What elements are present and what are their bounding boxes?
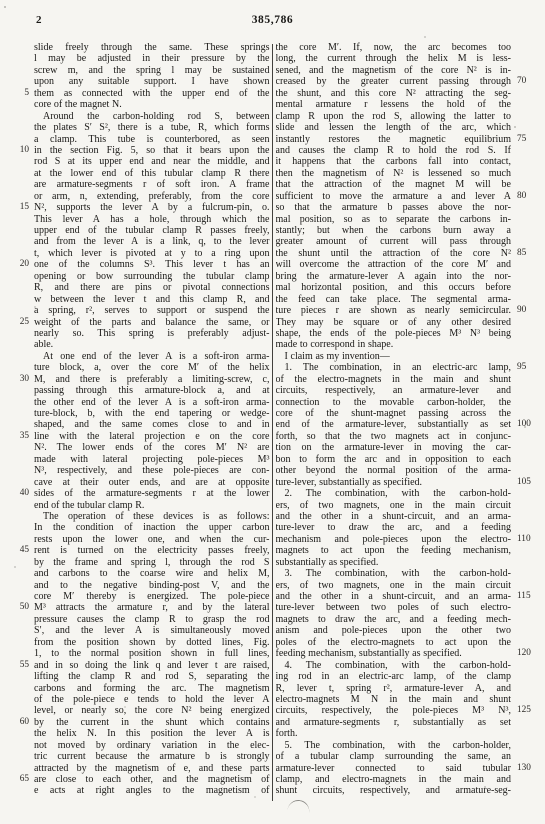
text-line: the feed can take place. The segmental a… <box>276 294 534 305</box>
line-text: poles of the electro-magnets to act upon… <box>276 637 512 648</box>
line-number <box>14 751 34 762</box>
line-number <box>14 728 34 739</box>
line-text: t, which lever is pivoted at y to a ring… <box>34 248 270 259</box>
line-text: of a tubular clamp surrounding the same,… <box>276 751 512 762</box>
text-line: of the pole-piece e tends to hold the le… <box>14 694 270 705</box>
line-text: 2. The combination, with the carbon-hold… <box>276 488 512 499</box>
line-text: In the condition of inaction the upper c… <box>34 522 270 533</box>
line-text: other beyond the normal position of the … <box>276 465 512 476</box>
line-text: core of the magnet N. <box>34 99 270 110</box>
line-text: and from the lever A is a link, q, to th… <box>34 236 270 247</box>
line-text: shape, the ends of the pole-pieces M³ N³… <box>276 328 512 339</box>
line-text: end of the armature-lever, substantially… <box>276 419 512 430</box>
text-line: and armature-segments r, substantially a… <box>276 717 534 728</box>
text-line: the helix N. In this position the lever … <box>14 728 270 739</box>
patent-page: 2 385,786 slide freely through the same.… <box>0 0 545 824</box>
text-line: long, the current through the helix M is… <box>276 53 534 64</box>
text-line: the shunt until the attraction of the co… <box>276 248 534 259</box>
line-text: M³ attracts the armature r, and by the l… <box>34 602 270 613</box>
line-number: 60 <box>14 717 34 728</box>
text-line: mal horizontal position, and this occurs… <box>276 282 534 293</box>
line-text: N³, respectively, and these pole-pieces … <box>34 465 270 476</box>
line-text: made to correspond in shape. <box>276 339 512 350</box>
text-line: 4. The combination, with the carbon-hold… <box>276 660 534 671</box>
line-number <box>14 637 34 648</box>
line-text: bring the armature-lever A again into th… <box>276 271 512 282</box>
line-number: 45 <box>14 545 34 556</box>
line-number <box>511 397 533 408</box>
line-text: and armature-segments r, substantially a… <box>276 717 512 728</box>
text-line: N³, respectively, and these pole-pieces … <box>14 465 270 476</box>
line-text: the plates S′ S², there is a tube, R, wh… <box>34 122 270 133</box>
scan-speckles <box>4 6 6 8</box>
line-text: not moved by ordinary variation in the e… <box>34 740 270 751</box>
text-line: poles of the electro-magnets to act upon… <box>276 637 534 648</box>
line-number <box>511 328 533 339</box>
line-text: l may be adjusted in their pressure by t… <box>34 53 270 64</box>
line-number <box>14 236 34 247</box>
line-number <box>511 557 533 568</box>
line-number <box>14 511 34 522</box>
line-text: upon any suitable support. I have shown <box>34 76 270 87</box>
line-text: 3. The combination, with the carbon-hold… <box>276 568 512 579</box>
line-number <box>511 614 533 625</box>
text-line: circuits, respectively, the pole-pieces … <box>276 705 534 716</box>
text-line: ture-lever to draw the arc, and a feedin… <box>276 522 534 533</box>
text-line: so that the armature b passes above the … <box>276 202 534 213</box>
line-number <box>511 431 533 442</box>
text-line: and to the negative binding-post V, and … <box>14 580 270 591</box>
line-number <box>511 488 533 499</box>
column-divider <box>272 44 273 801</box>
line-text: ture-lever between two poles of such ele… <box>276 602 512 613</box>
line-number <box>511 580 533 591</box>
line-number <box>511 694 533 705</box>
line-text: long, the current through the helix M is… <box>276 53 512 64</box>
line-text: ture-block, b, with the end tapering or … <box>34 408 270 419</box>
line-text: core M′ thereby is energized. The pole-p… <box>34 591 270 602</box>
text-line: clamp R upon the rod S, allowing the lat… <box>276 111 534 122</box>
text-line: core M′ thereby is energized. The pole-p… <box>14 591 270 602</box>
line-number <box>14 168 34 179</box>
line-number <box>14 179 34 190</box>
line-text: the helix N. In this position the lever … <box>34 728 270 739</box>
text-line: or arm, n, extending, preferably, from t… <box>14 191 270 202</box>
text-line: 2. The combination, with the carbon-hold… <box>276 488 534 499</box>
line-text: They may be square or of any other desir… <box>276 317 512 328</box>
text-line: 55and in so doing the link q and lever t… <box>14 660 270 671</box>
text-line: ers, of two magnets, one in the main cir… <box>276 500 534 511</box>
line-text: of the electro-magnets in the main and s… <box>276 374 512 385</box>
line-number <box>14 214 34 225</box>
line-number <box>511 568 533 579</box>
line-number <box>511 294 533 305</box>
line-number <box>511 465 533 476</box>
text-line: and the other in a shunt-circuit, and an… <box>276 591 534 602</box>
line-number: 85 <box>511 248 533 259</box>
line-text: creased by the greater current passing t… <box>276 76 512 87</box>
text-line: the shunt, and this core N² attracting t… <box>276 88 534 99</box>
line-number <box>14 294 34 305</box>
text-line: armature-lever connected to said tubular… <box>276 763 534 774</box>
line-text: and in so doing the link q and lever t a… <box>34 660 270 671</box>
line-text: carbons and forming the arc. The magneti… <box>34 683 270 694</box>
text-line: 5. The combination, with the carbon-hold… <box>276 740 534 751</box>
line-number <box>511 168 533 179</box>
line-number <box>511 259 533 270</box>
line-number <box>14 156 34 167</box>
text-line: bon to form the arc and in opposition to… <box>276 454 534 465</box>
line-number <box>511 774 533 785</box>
line-text: are armature-segments r of soft iron. A … <box>34 179 270 190</box>
line-text: of the pole-piece e tends to hold the le… <box>34 694 270 705</box>
text-line: 60by the current in the shunt which cont… <box>14 717 270 728</box>
line-number <box>14 785 34 796</box>
line-number <box>14 53 34 64</box>
line-text: mal position, so as to separate the carb… <box>276 214 512 225</box>
line-number <box>14 522 34 533</box>
text-line: In the condition of inaction the upper c… <box>14 522 270 533</box>
line-number: 65 <box>14 774 34 785</box>
line-text: ture-lever, substantially as specified. <box>276 477 512 488</box>
line-text: magnets to draw the arc, and a feeding m… <box>276 614 512 625</box>
line-number <box>14 282 34 293</box>
line-number: 100 <box>511 419 533 430</box>
line-number <box>511 214 533 225</box>
line-number: 70 <box>511 76 533 87</box>
text-line: and from the lever A is a link, q, to th… <box>14 236 270 247</box>
line-text: ture pieces r are shown as nearly semici… <box>276 305 512 316</box>
line-text: or arm, n, extending, preferably, from t… <box>34 191 270 202</box>
line-text: them as connected with the upper end of … <box>34 88 270 99</box>
line-number <box>14 534 34 545</box>
line-text: ers, of two magnets, one in the main cir… <box>276 500 512 511</box>
line-number <box>14 362 34 373</box>
line-number <box>511 728 533 739</box>
line-number: 115 <box>511 591 533 602</box>
line-number <box>14 442 34 453</box>
line-text: that the attraction of the magnet M will… <box>276 179 512 190</box>
text-line: magnets to draw the arc, and a feeding m… <box>276 614 534 625</box>
line-text: ture block, a, over the core M′ of the h… <box>34 362 270 373</box>
text-line: lifting the clamp R and rod S, separatin… <box>14 671 270 682</box>
text-line: bring the armature-lever A again into th… <box>276 271 534 282</box>
line-number <box>14 122 34 133</box>
text-line: They may be square or of any other desir… <box>276 317 534 328</box>
text-line: forth. <box>276 728 534 739</box>
line-number <box>511 351 533 362</box>
line-number <box>14 671 34 682</box>
line-number <box>511 602 533 613</box>
line-number <box>511 99 533 110</box>
line-text: sened, and the magnetism of the core N² … <box>276 65 512 76</box>
text-line: not moved by ordinary variation in the e… <box>14 740 270 751</box>
text-line: mal position, so as to separate the carb… <box>276 214 534 225</box>
text-line: the core M′. If, now, the arc becomes to… <box>276 42 534 53</box>
line-number: 125 <box>511 705 533 716</box>
line-number <box>511 717 533 728</box>
line-text: mal horizontal position, and this occurs… <box>276 282 512 293</box>
line-number: 20 <box>14 259 34 270</box>
line-number <box>14 477 34 488</box>
text-line: 15N², supports the lever A by a fulcrum-… <box>14 202 270 213</box>
line-text: and causes the clamp R to hold the rod S… <box>276 145 512 156</box>
line-text: clamp R upon the rod S, allowing the lat… <box>276 111 512 122</box>
text-line: of the electro-magnets in the main and s… <box>276 374 534 385</box>
line-number <box>14 65 34 76</box>
line-text: M, and there is preferably a limiting-sc… <box>34 374 270 385</box>
line-number: 15 <box>14 202 34 213</box>
text-line: slide freely through the same. These spr… <box>14 42 270 53</box>
line-text: attracted by the magnetism of e, and the… <box>34 763 270 774</box>
line-number <box>511 637 533 648</box>
line-number <box>14 454 34 465</box>
line-text: 5. The combination, with the carbon-hold… <box>276 740 512 751</box>
line-text: one of the columns S³. This lever t has … <box>34 259 270 270</box>
text-line: ture-block, b, with the end tapering or … <box>14 408 270 419</box>
line-number <box>511 660 533 671</box>
line-number <box>511 683 533 694</box>
line-text: anism and pole-pieces upon the other two <box>276 625 512 636</box>
line-number <box>14 568 34 579</box>
text-line: end of the tubular clamp R. <box>14 500 270 511</box>
line-number <box>14 580 34 591</box>
line-number <box>14 42 34 53</box>
text-line: ture-lever, substantially as specified.1… <box>276 477 534 488</box>
text-line: rests upon the lower one, and when the c… <box>14 534 270 545</box>
text-line: 50M³ attracts the armature r, and by the… <box>14 602 270 613</box>
text-line: mechanism and pole-pieces upon the elect… <box>276 534 534 545</box>
line-number: 130 <box>511 763 533 774</box>
line-number: 90 <box>511 305 533 316</box>
line-text: magnets to act upon the feeding mechanis… <box>276 545 512 556</box>
text-line: that the attraction of the magnet M will… <box>276 179 534 190</box>
line-text: rod S at its upper end and near the midd… <box>34 156 270 167</box>
text-line: mental armature r lessens the hold of th… <box>276 99 534 110</box>
line-number <box>14 591 34 602</box>
text-line: other beyond the normal position of the … <box>276 465 534 476</box>
text-line: nearly so. This spring is preferably adj… <box>14 328 270 339</box>
text-line: ers, of two magnets, one in the main cir… <box>276 580 534 591</box>
text-line: electro-magnets M N in the main and shun… <box>276 694 534 705</box>
line-text: clamp, and electro-magnets in the main a… <box>276 774 512 785</box>
line-text: substantially as specified. <box>276 557 512 568</box>
text-line: ing rod in an electric-arc lamp, of the … <box>276 671 534 682</box>
line-text: circuits, respectively, an armature-leve… <box>276 385 512 396</box>
line-number <box>14 111 34 122</box>
line-text: greater amount of current will pass thro… <box>276 236 512 247</box>
line-text: line with the lateral projection e on th… <box>34 431 270 442</box>
line-number <box>511 740 533 751</box>
text-line: 30M, and there is preferably a limiting-… <box>14 374 270 385</box>
text-line: carbons and forming the arc. The magneti… <box>14 683 270 694</box>
line-text: w between the lever t and this clamp R, … <box>34 294 270 305</box>
text-line: it happens that the carbons fall into co… <box>276 156 534 167</box>
text-line: passing through this armature-block a, a… <box>14 385 270 396</box>
text-line: opening or bow surrounding the tubular c… <box>14 271 270 282</box>
line-number: 105 <box>511 477 533 488</box>
text-line: 45rent is turned on the electricity pass… <box>14 545 270 556</box>
text-line: stantly; but when the carbons burn away … <box>276 225 534 236</box>
line-text: end of the tubular clamp R. <box>34 500 270 511</box>
line-text: R, and there are pins or pivotal connect… <box>34 282 270 293</box>
text-line: able. <box>14 339 270 350</box>
text-line: slide and lessen the length of the arc, … <box>276 122 534 133</box>
text-line: substantially as specified. <box>276 557 534 568</box>
text-line: at the lower end of this tubular clamp R… <box>14 168 270 179</box>
line-number <box>14 614 34 625</box>
text-line: screw m, and the spring l may be sustain… <box>14 65 270 76</box>
text-line: upper end of the tubular clamp R passes … <box>14 225 270 236</box>
line-number <box>14 397 34 408</box>
line-text: stantly; but when the carbons burn away … <box>276 225 512 236</box>
line-text: forth. <box>276 728 512 739</box>
line-number <box>511 42 533 53</box>
text-line: upon any suitable support. I have shown <box>14 76 270 87</box>
text-line: This lever A has a hole, through which t… <box>14 214 270 225</box>
text-line: 25weight of the parts and balance the sa… <box>14 317 270 328</box>
line-number <box>511 442 533 453</box>
text-line: ture block, a, over the core M′ of the h… <box>14 362 270 373</box>
line-number <box>511 751 533 762</box>
line-number <box>14 408 34 419</box>
text-line: attracted by the magnetism of e, and the… <box>14 763 270 774</box>
right-column: the core M′. If, now, the arc becomes to… <box>276 42 534 801</box>
text-line: 10in the section Fig. 5, so that it bear… <box>14 145 270 156</box>
text-line: 1. The combination, in an electric-arc l… <box>276 362 534 373</box>
line-number <box>14 705 34 716</box>
text-line: The operation of these devices is as fol… <box>14 511 270 522</box>
line-text: a spring, r², serves to support or suspe… <box>34 305 270 316</box>
text-line: I claim as my invention— <box>276 351 534 362</box>
line-text: forth, so that the two magnets act in co… <box>276 431 512 442</box>
line-number <box>511 625 533 636</box>
line-number <box>511 511 533 522</box>
line-text: instantly restores the magnetic equilibr… <box>276 134 512 145</box>
text-line: 5them as connected with the upper end of… <box>14 88 270 99</box>
text-line: and causes the clamp R to hold the rod S… <box>276 145 534 156</box>
line-text: electro-magnets M N in the main and shun… <box>276 694 512 705</box>
line-text: the feed can take place. The segmental a… <box>276 294 512 305</box>
line-text: I claim as my invention— <box>276 351 512 362</box>
line-number <box>511 111 533 122</box>
line-number: 50 <box>14 602 34 613</box>
line-text: slide freely through the same. These spr… <box>34 42 270 53</box>
line-text: nearly so. This spring is preferably adj… <box>34 328 270 339</box>
line-text: the shunt until the attraction of the co… <box>276 248 512 259</box>
text-line: from the position shown by dotted lines,… <box>14 637 270 648</box>
text-line: e acts at right angles to the magnetism … <box>14 785 270 796</box>
line-text: bon to form the arc and in opposition to… <box>276 454 512 465</box>
line-number <box>14 134 34 145</box>
line-text: circuits, respectively, the pole-pieces … <box>276 705 512 716</box>
line-number <box>14 305 34 316</box>
text-line: tric current because the armature b is s… <box>14 751 270 762</box>
line-text: R, lever t, spring r², armature-lever A,… <box>276 683 512 694</box>
line-text: then the magnetism of N² is lessened so … <box>276 168 512 179</box>
line-text: tric current because the armature b is s… <box>34 751 270 762</box>
line-text: armature-lever connected to said tubular <box>276 763 512 774</box>
line-text: shunt circuits, respectively, and armatu… <box>276 785 512 796</box>
line-text: sides of the armature-segments r at the … <box>34 488 270 499</box>
line-text: by the frame and spring l, through the r… <box>34 557 270 568</box>
text-line: shunt circuits, respectively, and armatu… <box>276 785 534 796</box>
line-text: a clamp. This tube is counterbored, as s… <box>34 134 270 145</box>
line-text: the other end of the lever A is a soft-i… <box>34 397 270 408</box>
line-text: and the other in a shunt-circuit, and an… <box>276 591 512 602</box>
text-line: anism and pole-pieces upon the other two <box>276 625 534 636</box>
line-text: level, or nearly so, the core N² being e… <box>34 705 270 716</box>
line-text: This lever A has a hole, through which t… <box>34 214 270 225</box>
line-number <box>14 500 34 511</box>
text-line: 20one of the columns S³. This lever t ha… <box>14 259 270 270</box>
line-number <box>14 271 34 282</box>
line-number <box>511 408 533 419</box>
line-text: core of the shunt-magnet passing across … <box>276 408 512 419</box>
line-text: at the lower end of this tubular clamp R… <box>34 168 270 179</box>
line-text: 4. The combination, with the carbon-hold… <box>276 660 512 671</box>
text-line: creased by the greater current passing t… <box>276 76 534 87</box>
text-line: ture pieces r are shown as nearly semici… <box>276 305 534 316</box>
line-number: 10 <box>14 145 34 156</box>
line-number <box>511 202 533 213</box>
line-text: rent is turned on the electricity passes… <box>34 545 270 556</box>
text-line: clamp, and electro-magnets in the main a… <box>276 774 534 785</box>
line-text: by the current in the shunt which contai… <box>34 717 270 728</box>
line-text: able. <box>34 339 270 350</box>
text-line: instantly restores the magnetic equilibr… <box>276 134 534 145</box>
line-number <box>511 236 533 247</box>
line-number <box>511 374 533 385</box>
line-text: weight of the parts and balance the same… <box>34 317 270 328</box>
line-text: opening or bow surrounding the tubular c… <box>34 271 270 282</box>
text-line: t, which lever is pivoted at y to a ring… <box>14 248 270 259</box>
line-number: 25 <box>14 317 34 328</box>
line-text: sufficient to move the armature a and le… <box>276 191 512 202</box>
text-line: shaped, and the same comes close to and … <box>14 419 270 430</box>
text-line: the other end of the lever A is a soft-i… <box>14 397 270 408</box>
line-number: 120 <box>511 648 533 659</box>
line-text: lifting the clamp R and rod S, separatin… <box>34 671 270 682</box>
line-text: in the section Fig. 5, so that it bears … <box>34 145 270 156</box>
line-text: connection to the movable carbon-holder,… <box>276 397 512 408</box>
text-line: S′, and the lever A is simultaneously mo… <box>14 625 270 636</box>
line-text: rests upon the lower one, and when the c… <box>34 534 270 545</box>
line-text: upper end of the tubular clamp R passes … <box>34 225 270 236</box>
line-text: it happens that the carbons fall into co… <box>276 156 512 167</box>
text-line: core of the magnet N. <box>14 99 270 110</box>
line-number <box>511 522 533 533</box>
line-number: 55 <box>14 660 34 671</box>
line-number <box>14 419 34 430</box>
text-line: made with lateral projecting pole-pieces… <box>14 454 270 465</box>
line-number <box>14 648 34 659</box>
line-text: e acts at right angles to the magnetism … <box>34 785 270 796</box>
text-line: the plates S′ S², there is a tube, R, wh… <box>14 122 270 133</box>
text-line: of a tubular clamp surrounding the same,… <box>276 751 534 762</box>
text-line: rod S at its upper end and near the midd… <box>14 156 270 167</box>
text-line: 35line with the lateral projection e on … <box>14 431 270 442</box>
line-number <box>511 271 533 282</box>
text-line: core of the shunt-magnet passing across … <box>276 408 534 419</box>
text-line: pressure causes the clamp R to grasp the… <box>14 614 270 625</box>
line-number <box>511 282 533 293</box>
text-line: feeding mechanism, substantially as spec… <box>276 648 534 659</box>
line-text: 1. The combination, in an electric-arc l… <box>276 362 512 373</box>
line-number <box>511 454 533 465</box>
text-line: 3. The combination, with the carbon-hold… <box>276 568 534 579</box>
line-number <box>511 671 533 682</box>
